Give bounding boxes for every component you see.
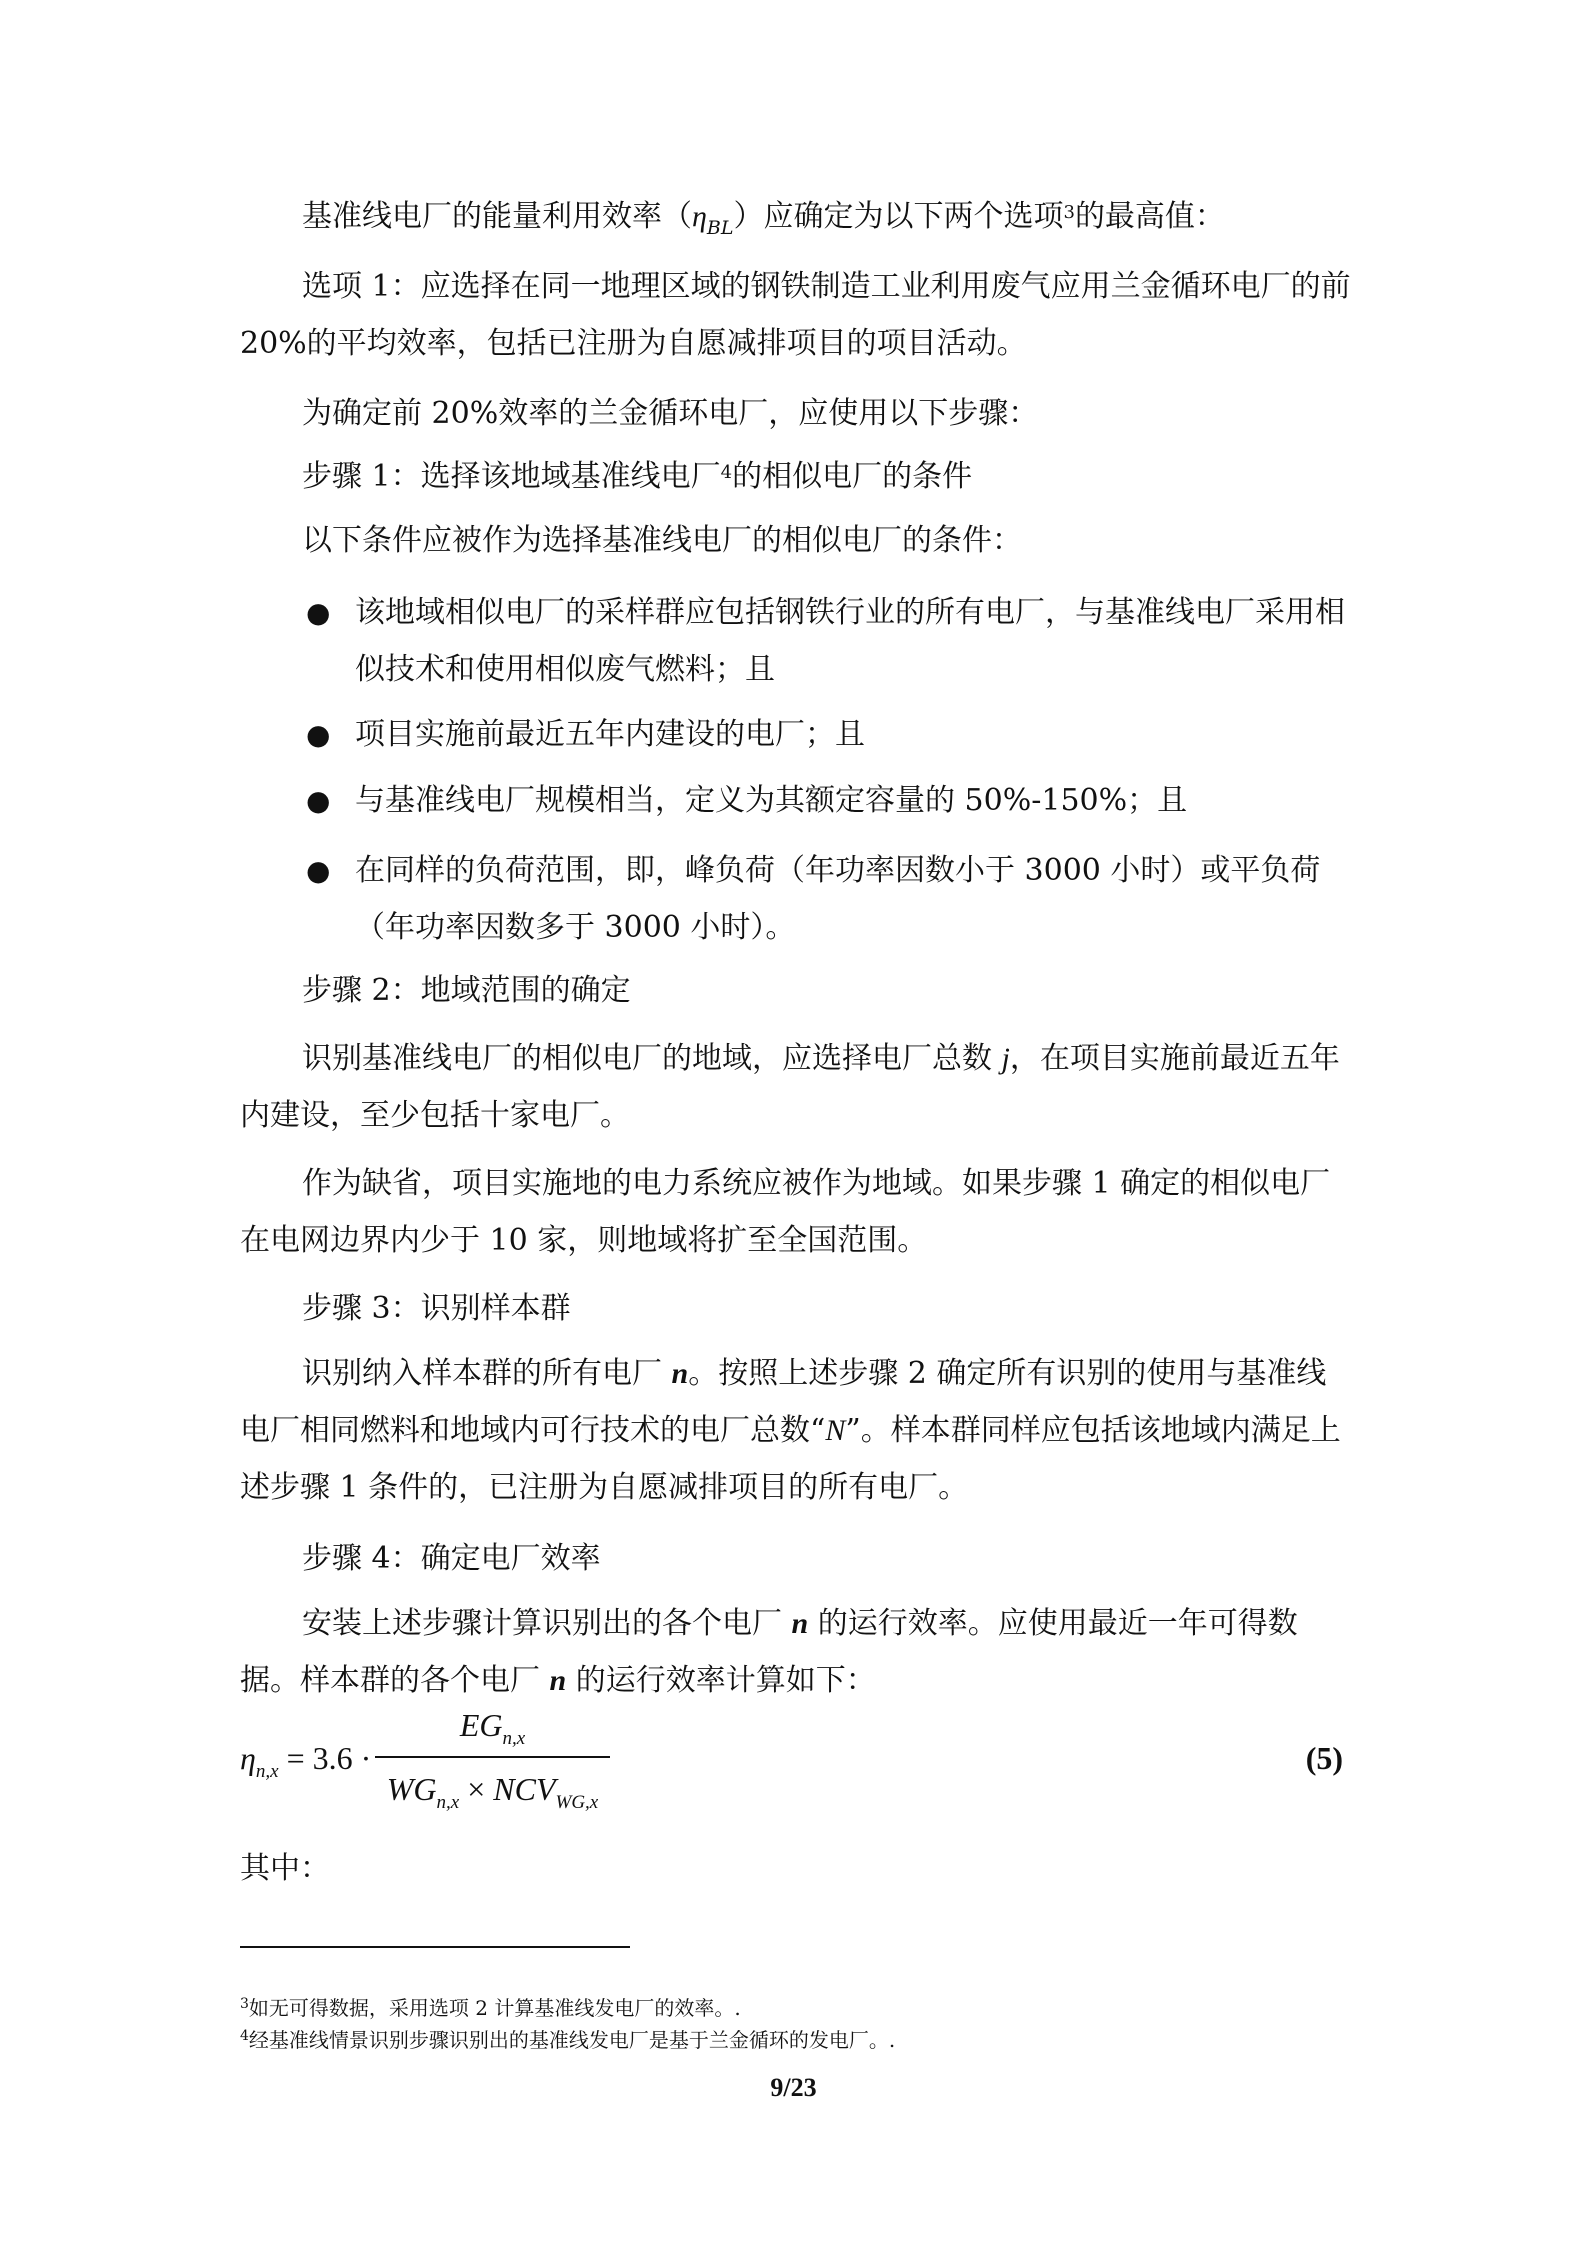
footnote-3: 3如无可得数据，采用选项 2 计算基准线发电厂的效率。. — [240, 1993, 741, 2023]
text: 的运行效率计算如下： — [566, 1663, 876, 1698]
heading-step-3: 步骤 3：识别样本群 — [240, 1280, 1355, 1337]
footnote-ref-4[interactable]: 4 — [721, 462, 732, 483]
text: 的相似电厂的条件 — [732, 459, 972, 494]
variable-n: n — [550, 1664, 567, 1697]
eta-symbol: η — [692, 200, 707, 233]
bullet-text: 该地域相似电厂的采样群应包括钢铁行业的所有电厂，与基准线电厂采用相似技术和使用相… — [355, 584, 1355, 698]
text: ）应确定为以下两个选项 — [733, 199, 1063, 234]
paragraph-step-2-region: 识别基准线电厂的相似电厂的地域，应选择电厂总数 j，在项目实施前最近五年内建设，… — [240, 1030, 1355, 1144]
variable-n: n — [792, 1607, 809, 1640]
eta-symbol: η — [240, 1740, 256, 1776]
numerator: EGn,x — [375, 1700, 610, 1750]
bullet-icon: ● — [306, 842, 330, 899]
text: 基准线电厂的能量利用效率（ — [302, 199, 692, 234]
text: 步骤 1：选择该地域基准线电厂 — [302, 459, 721, 494]
times-sign: × — [459, 1771, 493, 1807]
variable-N: N — [825, 1414, 845, 1447]
efficiency-formula: ηn,x = 3.6 · EGn,x WGn,x × NCVWG,x (5) — [240, 1700, 1355, 1820]
bullet-text: 项目实施前最近五年内建设的电厂；且 — [355, 706, 1355, 763]
text: 安装上述步骤计算识别出的各个电厂 — [302, 1606, 792, 1641]
text: 识别纳入样本群的所有电厂 — [302, 1356, 672, 1391]
denominator: WGn,x × NCVWG,x — [375, 1764, 610, 1814]
paragraph-top-20-intro: 为确定前 20%效率的兰金循环电厂，应使用以下步骤： — [240, 385, 1355, 442]
subscript: n,x — [256, 1761, 279, 1782]
bullet-item: ● 在同样的负荷范围，即，峰负荷（年功率因数小于 3000 小时）或平负荷（年功… — [300, 842, 1355, 956]
bullet-icon: ● — [306, 772, 330, 829]
footnote-text: 经基准线情景识别步骤识别出的基准线发电厂是基于兰金循环的发电厂。. — [249, 2028, 895, 2052]
paragraph-baseline-efficiency: 基准线电厂的能量利用效率（ηBL）应确定为以下两个选项3的最高值： — [240, 188, 1355, 257]
bullet-item: ● 该地域相似电厂的采样群应包括钢铁行业的所有电厂，与基准线电厂采用相似技术和使… — [300, 584, 1355, 698]
formula-lhs: ηn,x = 3.6 · — [240, 1740, 371, 1783]
page-number: 9/23 — [0, 2073, 1587, 2103]
WG: WG — [387, 1771, 437, 1807]
subscript: WG,x — [556, 1792, 599, 1813]
formula-fraction: EGn,x WGn,x × NCVWG,x — [375, 1700, 610, 1814]
footnote-text: 如无可得数据，采用选项 2 计算基准线发电厂的效率。. — [249, 1996, 741, 2020]
text: 的最高值： — [1075, 199, 1225, 234]
subscript: n,x — [502, 1728, 525, 1749]
paragraph-conditions-intro: 以下条件应被作为选择基准线电厂的相似电厂的条件： — [240, 512, 1355, 569]
footnote-ref-3[interactable]: 3 — [1063, 202, 1074, 223]
paragraph-step-3: 识别纳入样本群的所有电厂 n。按照上述步骤 2 确定所有识别的使用与基准线电厂相… — [240, 1345, 1355, 1516]
bullet-icon: ● — [306, 706, 330, 763]
text: 识别基准线电厂的相似电厂的地域，应选择电厂总数 — [302, 1041, 1002, 1076]
heading-step-4: 步骤 4：确定电厂效率 — [240, 1530, 1355, 1587]
bullet-icon: ● — [306, 584, 330, 641]
footnote-divider — [240, 1946, 630, 1948]
eta-subscript: BL — [707, 217, 734, 239]
variable-j: j — [1002, 1042, 1010, 1075]
footnote-marker: 4 — [240, 2028, 249, 2044]
document-page: 基准线电厂的能量利用效率（ηBL）应确定为以下两个选项3的最高值： 选项 1：应… — [0, 0, 1587, 2245]
heading-step-2: 步骤 2：地域范围的确定 — [240, 962, 1355, 1019]
heading-step-1: 步骤 1：选择该地域基准线电厂4的相似电厂的条件 — [240, 448, 1355, 505]
subscript: n,x — [437, 1792, 460, 1813]
paragraph-step-4: 安装上述步骤计算识别出的各个电厂 n 的运行效率。应使用最近一年可得数据。样本群… — [240, 1595, 1355, 1709]
equation-number: (5) — [1306, 1740, 1343, 1777]
EG: EG — [460, 1707, 503, 1743]
footnote-4: 4经基准线情景识别步骤识别出的基准线发电厂是基于兰金循环的发电厂。. — [240, 2025, 895, 2055]
bullet-item: ● 与基准线电厂规模相当，定义为其额定容量的 50%-150%；且 — [300, 772, 1355, 829]
bullet-item: ● 项目实施前最近五年内建设的电厂；且 — [300, 706, 1355, 763]
where-label: 其中： — [240, 1840, 1355, 1897]
variable-n: n — [672, 1357, 689, 1390]
bullet-text: 与基准线电厂规模相当，定义为其额定容量的 50%-150%；且 — [355, 772, 1355, 829]
equals-coefficient: = 3.6 · — [279, 1740, 372, 1776]
paragraph-option-1: 选项 1：应选择在同一地理区域的钢铁制造工业利用废气应用兰金循环电厂的前 20%… — [240, 258, 1355, 372]
fraction-bar — [375, 1756, 610, 1758]
footnote-marker: 3 — [240, 1996, 249, 2012]
NCV: NCV — [493, 1771, 555, 1807]
bullet-text: 在同样的负荷范围，即，峰负荷（年功率因数小于 3000 小时）或平负荷（年功率因… — [355, 842, 1355, 956]
paragraph-step-2-default: 作为缺省，项目实施地的电力系统应被作为地域。如果步骤 1 确定的相似电厂在电网边… — [240, 1155, 1355, 1269]
